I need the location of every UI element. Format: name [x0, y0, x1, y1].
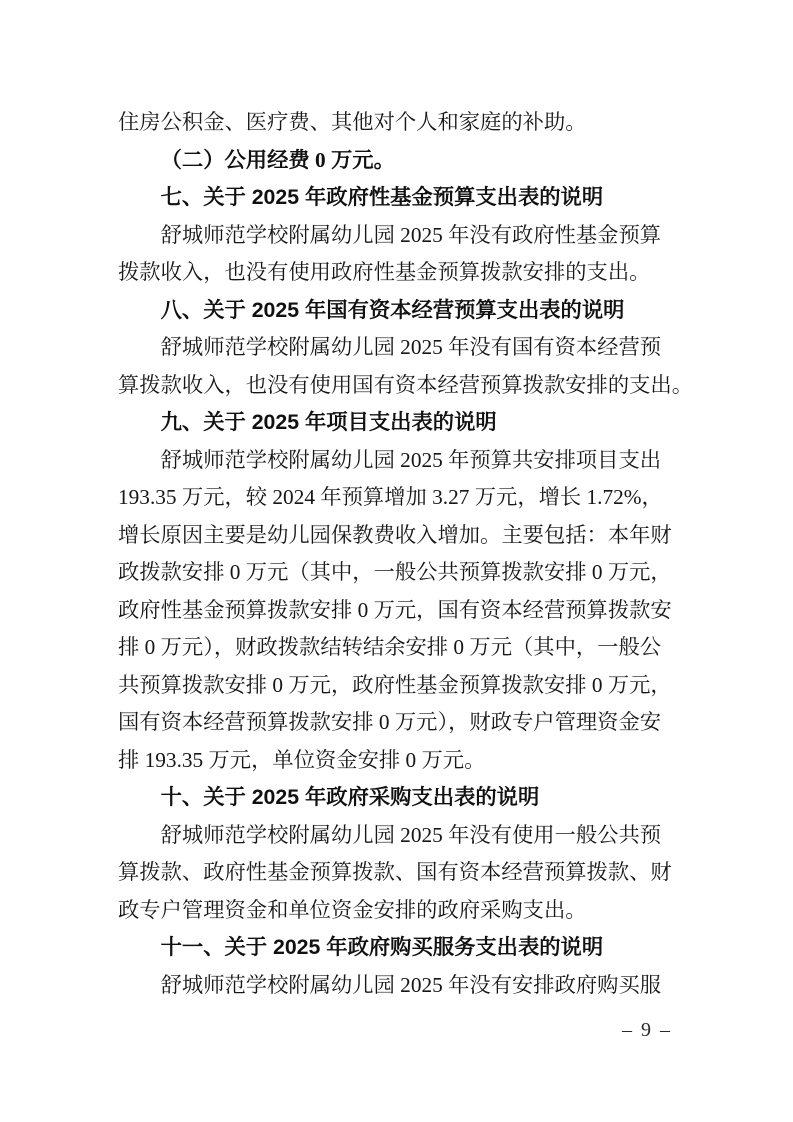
- text-line: 政拨款安排 0 万元（其中，一般公共预算拨款安排 0 万元，: [118, 554, 696, 592]
- text-line: 舒城师范学校附属幼儿园 2025 年没有安排政府购买服: [118, 967, 696, 1005]
- text-line: 舒城师范学校附属幼儿园 2025 年没有使用一般公共预: [118, 817, 696, 855]
- text-line: 舒城师范学校附属幼儿园 2025 年预算共安排项目支出: [118, 442, 696, 480]
- page-number: – 9 –: [622, 1016, 672, 1044]
- text-line: 国有资本经营预算拨款安排 0 万元），财政专户管理资金安: [118, 704, 696, 742]
- section-heading: 十一、关于 2025 年政府购买服务支出表的说明: [118, 929, 696, 967]
- text-line: 住房公积金、医疗费、其他对个人和家庭的补助。: [118, 104, 696, 142]
- document-body: 住房公积金、医疗费、其他对个人和家庭的补助。 （二）公用经费 0 万元。 七、关…: [118, 104, 696, 1004]
- text-line: 共预算拨款安排 0 万元，政府性基金预算拨款安排 0 万元，: [118, 667, 696, 705]
- text-line: 算拨款收入，也没有使用国有资本经营预算拨款安排的支出。: [118, 367, 696, 405]
- section-heading: 七、关于 2025 年政府性基金预算支出表的说明: [118, 179, 696, 217]
- text-line: 193.35 万元，较 2024 年预算增加 3.27 万元，增长 1.72%，: [118, 479, 696, 517]
- text-line: 算拨款、政府性基金预算拨款、国有资本经营预算拨款、财: [118, 854, 696, 892]
- section-heading: 八、关于 2025 年国有资本经营预算支出表的说明: [118, 292, 696, 330]
- sub-heading: （二）公用经费 0 万元。: [118, 142, 696, 180]
- text-line: 舒城师范学校附属幼儿园 2025 年没有政府性基金预算: [118, 217, 696, 255]
- text-line: 拨款收入，也没有使用政府性基金预算拨款安排的支出。: [118, 254, 696, 292]
- text-line: 舒城师范学校附属幼儿园 2025 年没有国有资本经营预: [118, 329, 696, 367]
- text-line: 政专户管理资金和单位资金安排的政府采购支出。: [118, 892, 696, 930]
- section-heading: 九、关于 2025 年项目支出表的说明: [118, 404, 696, 442]
- document-page: 住房公积金、医疗费、其他对个人和家庭的补助。 （二）公用经费 0 万元。 七、关…: [0, 0, 793, 1122]
- section-heading: 十、关于 2025 年政府采购支出表的说明: [118, 779, 696, 817]
- text-line: 增长原因主要是幼儿园保教费收入增加。主要包括：本年财: [118, 517, 696, 555]
- text-line: 政府性基金预算拨款安排 0 万元，国有资本经营预算拨款安: [118, 592, 696, 630]
- text-line: 排 0 万元），财政拨款结转结余安排 0 万元（其中，一般公: [118, 629, 696, 667]
- text-line: 排 193.35 万元，单位资金安排 0 万元。: [118, 742, 696, 780]
